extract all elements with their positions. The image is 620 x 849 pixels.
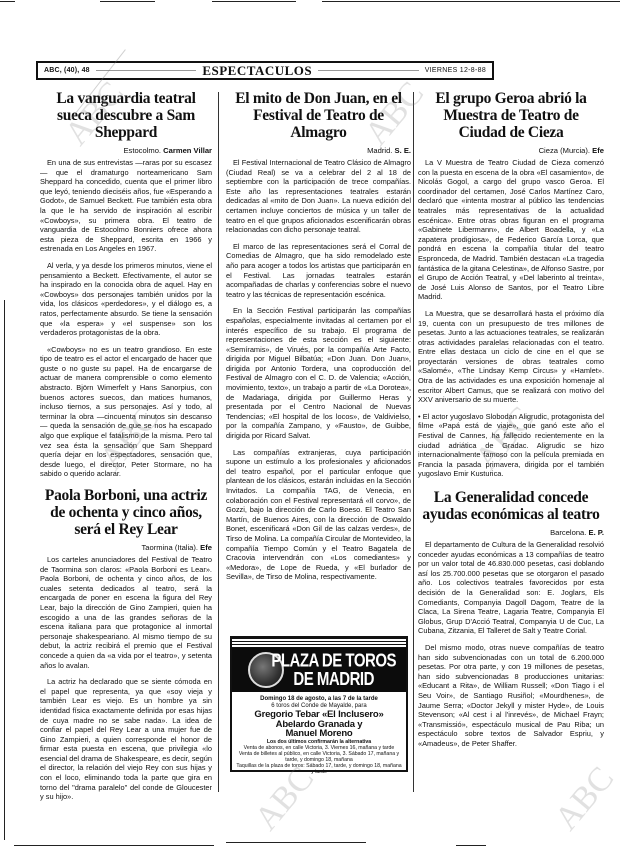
- bottom-rule: [14, 845, 214, 846]
- byline-author: Efe: [592, 146, 604, 155]
- scan-edge-left: [4, 300, 5, 840]
- byline: Estocolmo. Carmen Villar: [40, 146, 212, 155]
- paragraph: Las compañías extranjeras, cuya particip…: [226, 448, 411, 582]
- byline: Barcelona. E. P.: [418, 528, 604, 537]
- ad-sale-info: Taquillas de la plaza de toros: Sábado 1…: [236, 763, 402, 775]
- section-title: ESPECTACULOS: [202, 63, 312, 79]
- byline-author: Carmen Villar: [163, 146, 212, 155]
- byline: Madrid. S. E.: [226, 146, 411, 155]
- article-generalitat: La Generalidad concede ayudas económicas…: [418, 489, 604, 748]
- paragraph: «Cowboys» no es un teatro grandioso. En …: [40, 345, 212, 479]
- ad-sale-info: Venta de abonos, en calle Victoria, 3. V…: [236, 745, 402, 751]
- watermark: ABC: [548, 760, 620, 838]
- ad-banner: PLAZA DE TOROS DE MADRID: [232, 648, 406, 692]
- paragraph: • El actor yugoslavo Slobodan Aligrudic,…: [418, 412, 604, 479]
- headline: El grupo Geroa abrió la Muestra de Teatr…: [418, 90, 604, 141]
- paragraph: Del mismo modo, otras nueve compañías de…: [418, 643, 604, 749]
- ad-body: Domingo 18 de agosto, a las 7 de la tard…: [232, 692, 406, 775]
- header-rule: [318, 70, 419, 71]
- bullfight-advertisement: PLAZA DE TOROS DE MADRID Domingo 18 de a…: [230, 636, 408, 772]
- headline: Paola Borboni, una actriz de ochenta y c…: [40, 487, 212, 538]
- page-header: ABC, (40), 48 ESPECTACULOS VIERNES 12-8-…: [36, 61, 494, 80]
- column-right: El grupo Geroa abrió la Muestra de Teatr…: [418, 90, 604, 755]
- paragraph: Al verla, y ya desde los primeros minuto…: [40, 261, 212, 338]
- byline-author: Efe: [200, 543, 212, 552]
- paragraph: La Muestra, que se desarrollará hasta el…: [418, 309, 604, 405]
- issue-date: VIERNES 12-8-88: [425, 67, 486, 74]
- paragraph: Los carteles anunciadores del Festival d…: [40, 555, 212, 670]
- paragraph: El Festival Internacional de Teatro Clás…: [226, 158, 411, 235]
- headline: La Generalidad concede ayudas económicas…: [418, 489, 604, 523]
- ad-matador: Manuel Moreno: [236, 729, 402, 739]
- byline-author: S. E.: [395, 146, 411, 155]
- byline-author: E. P.: [589, 528, 604, 537]
- paragraph: En la Sección Festival participarán las …: [226, 306, 411, 440]
- article-borboni: Paola Borboni, una actriz de ochenta y c…: [40, 487, 212, 802]
- column-center: El mito de Don Juan, en el Festival de T…: [226, 90, 411, 589]
- article-sheppard: La vanguardia teatral sueca descubre a S…: [40, 90, 212, 479]
- ad-stripes: [232, 638, 406, 648]
- paragraph: En una de sus entrevistas —raras por su …: [40, 158, 212, 254]
- bottom-rule: [226, 842, 366, 843]
- header-rule: [96, 70, 197, 71]
- headline: La vanguardia teatral sueca descubre a S…: [40, 90, 212, 141]
- column-divider: [413, 92, 414, 792]
- paragraph: La actriz ha declarado que se siente cóm…: [40, 677, 212, 802]
- paragraph: El marco de las representaciones será el…: [226, 242, 411, 300]
- scan-edge: [0, 0, 620, 4]
- ad-date: Domingo 18 de agosto, a las 7 de la tard…: [236, 696, 402, 703]
- article-cieza: El grupo Geroa abrió la Muestra de Teatr…: [418, 90, 604, 479]
- column-left: La vanguardia teatral sueca descubre a S…: [40, 90, 212, 809]
- ad-sale-info: Venta de billetes al público, en calle V…: [236, 751, 402, 763]
- article-donjuan: El mito de Don Juan, en el Festival de T…: [226, 90, 411, 582]
- headline: El mito de Don Juan, en el Festival de T…: [226, 90, 411, 141]
- page-number: ABC, (40), 48: [44, 67, 90, 74]
- ad-title-line1: PLAZA DE TOROS: [271, 651, 396, 670]
- column-divider: [218, 92, 219, 792]
- bottom-rule: [456, 845, 486, 846]
- ad-title-line2: DE MADRID: [271, 670, 396, 689]
- paragraph: La V Muestra de Teatro Ciudad de Cieza c…: [418, 158, 604, 302]
- byline: Cieza (Murcia). Efe: [418, 146, 604, 155]
- byline: Taormina (Italia). Efe: [40, 543, 212, 552]
- paragraph: El departamento de Cultura de la General…: [418, 540, 604, 636]
